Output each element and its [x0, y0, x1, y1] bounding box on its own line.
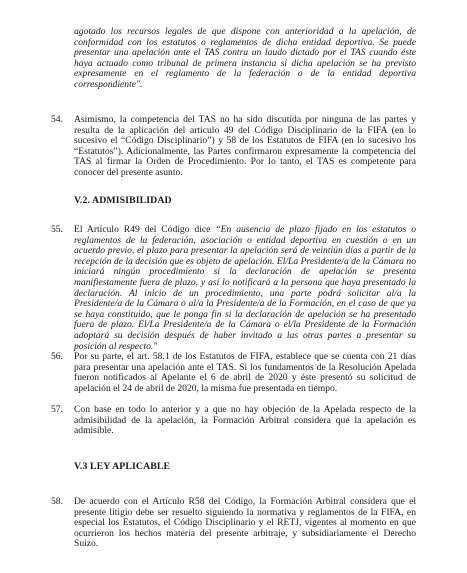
paragraph-number-57: 57.	[51, 405, 63, 416]
section-heading-ley-aplicable: V.3 LEY APLICABLE	[74, 461, 170, 472]
paragraph-54: Asimismo, la competencia del TAS no ha s…	[74, 115, 416, 179]
paragraph-55-quote: “En ausencia de plazo fijado en los esta…	[74, 224, 416, 352]
paragraph-number-54: 54.	[51, 115, 63, 126]
paragraph-55-intro: El Artículo R49 del Código dice	[74, 224, 215, 235]
paragraph-number-55: 55.	[51, 225, 63, 236]
document-page: agotado los recursos legales de que disp…	[0, 0, 467, 573]
section-heading-admisibilidad: V.2. ADMISIBILIDAD	[74, 195, 172, 206]
paragraph-57: Con base en todo lo anterior y a que no …	[74, 405, 416, 437]
paragraph-55: El Artículo R49 del Código dice “En ause…	[74, 225, 416, 352]
paragraph-number-58: 58.	[51, 497, 63, 508]
quote-continuation: agotado los recursos legales de que disp…	[74, 27, 416, 91]
paragraph-number-56: 56.	[51, 352, 63, 363]
paragraph-58: De acuerdo con el Artículo R58 del Códig…	[74, 497, 416, 550]
paragraph-56: Por su parte, el art. 58.1 de los Estatu…	[74, 352, 416, 394]
